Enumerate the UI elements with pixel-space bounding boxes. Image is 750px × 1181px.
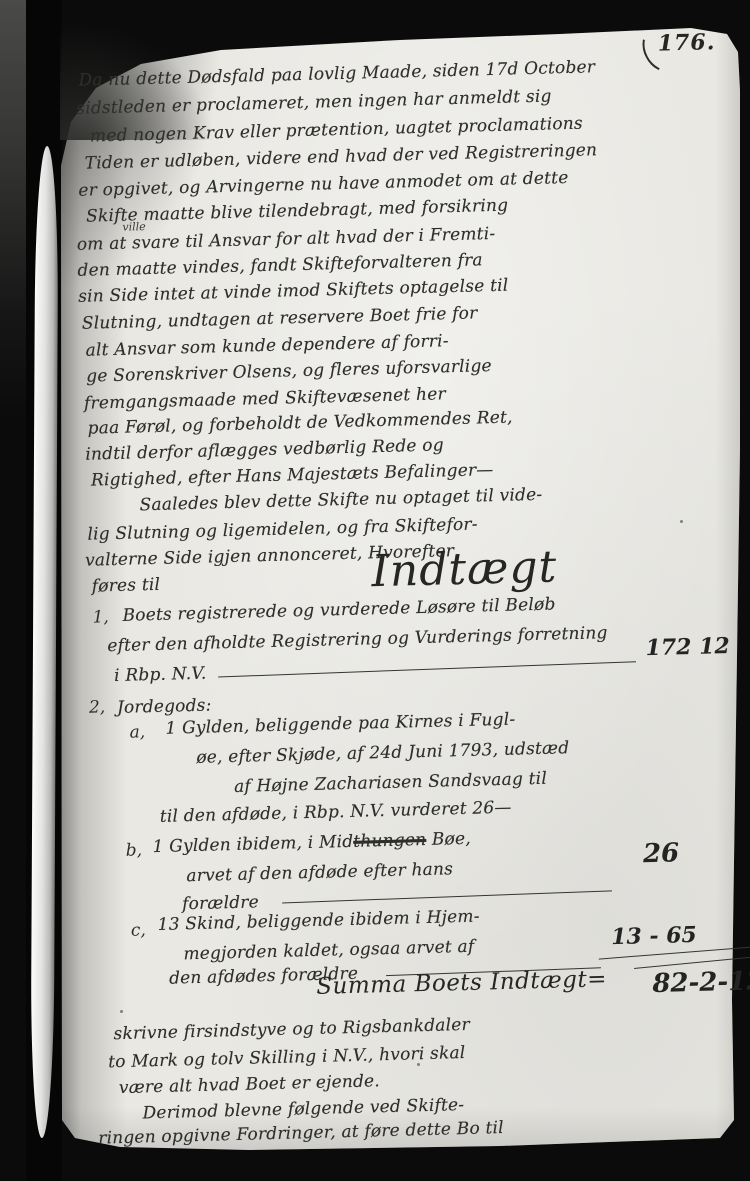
- paper-speck: [120, 1010, 123, 1013]
- manuscript-line: 1 Gylden, beliggende paa Kirnes i Fugl-: [165, 711, 515, 739]
- manuscript-line: lig Slutning og ligemidelen, og fra Skif…: [87, 515, 478, 544]
- manuscript-line: fremgangsmaade med Skiftevæsenet her: [84, 385, 446, 413]
- scanned-book-photo: { "colors": { "background": "#0b0b0b", "…: [0, 0, 750, 1181]
- struck-word: thungen: [353, 830, 426, 852]
- item-marker: 1,: [92, 609, 109, 626]
- manuscript-line: sidstleden er proclameret, men ingen har…: [76, 87, 552, 118]
- inserted-word: ville: [122, 221, 146, 233]
- manuscript-line: indtil derfor aflægges vedbørlig Rede og: [85, 436, 444, 464]
- manuscript-line: paa Førøl, og forbeholdt de Vedkommendes…: [87, 409, 512, 439]
- manuscript-line: alt Ansvar som kunde dependere af forri-: [85, 332, 449, 360]
- manuscript-line: føres til: [92, 576, 161, 596]
- manuscript-line: Skifte maatte blive tilendebragt, med fo…: [86, 197, 509, 227]
- manuscript-line: den maatte vindes, fandt Skifteforvalter…: [77, 251, 483, 280]
- line-text: Bøe,: [426, 829, 471, 850]
- manuscript-line: ge Sorenskriver Olsens, og fleres uforsv…: [86, 357, 492, 386]
- summa-amount: 82-2-12: [652, 968, 750, 997]
- manuscript-line: 1 Gylden ibidem, i Midthungen Bøe,: [152, 830, 471, 857]
- paper-speck: [680, 520, 683, 523]
- line-text: 1 Gylden ibidem, i Mid: [152, 832, 353, 857]
- manuscript-line: Derimod blevne følgende ved Skifte-: [142, 1096, 464, 1123]
- item-marker: a,: [129, 724, 145, 741]
- manuscript-line: to Mark og tolv Skilling i N.V., hvori s…: [108, 1044, 466, 1072]
- page-number: 176.: [657, 31, 715, 55]
- manuscript-line: Slutning, undtagen at reservere Boet fri…: [82, 304, 478, 333]
- manuscript-line: arvet af den afdøde efter hans: [186, 860, 453, 886]
- summa-label: Summa Boets Indtægt=: [316, 968, 607, 999]
- manuscript-line: Da nu dette Dødsfald paa lovlig Maade, s…: [78, 58, 595, 90]
- amount-value: 26: [643, 840, 680, 867]
- manuscript-line: Boets registrerede og vurderede Løsøre t…: [122, 595, 555, 625]
- manuscript-line: sin Side intet at vinde imod Skiftets op…: [78, 277, 509, 307]
- paper-speck: [417, 1063, 420, 1066]
- manuscript-line: være alt hvad Boet er ejende.: [119, 1072, 380, 1098]
- manuscript-line: med nogen Krav eller prætention, uagtet …: [90, 115, 583, 147]
- manuscript-line: af Højne Zachariasen Sandsvaag til: [234, 770, 547, 797]
- leader-line: [282, 890, 612, 903]
- item-marker: c,: [131, 922, 146, 939]
- income-section-heading: Indtægt: [371, 545, 558, 594]
- manuscript-line: ringen opgivne Fordringer, at føre dette…: [98, 1119, 504, 1148]
- item-marker: 2,: [89, 699, 106, 716]
- handwriting-layer: 176. Da nu dette Dødsfald paa lovlig Maa…: [70, 43, 750, 1160]
- amount-value: 172 12: [645, 635, 730, 659]
- subsection-label: Jordegods:: [117, 697, 212, 718]
- manuscript-line: megjorden kaldet, ogsaa arvet af: [183, 938, 474, 964]
- manuscript-line: skrivne firsindstyve og to Rigsbankdaler: [113, 1016, 470, 1044]
- leader-line: [218, 661, 636, 677]
- manuscript-line: øe, efter Skjøde, af 24d Juni 1793, udst…: [196, 739, 569, 767]
- manuscript-line: Saaledes blev dette Skifte nu optaget ti…: [139, 486, 542, 515]
- manuscript-line: til den afdøde, i Rbp. N.V. vurderet 26—: [160, 799, 512, 827]
- manuscript-line: efter den afholdte Registrering og Vurde…: [107, 624, 608, 656]
- amount-value: 13 - 65: [611, 924, 697, 948]
- manuscript-line: i Rbp. N.V.: [114, 665, 207, 686]
- item-marker: b,: [126, 842, 143, 859]
- manuscript-line: forældre: [182, 893, 259, 914]
- manuscript-line: Rigtighed, efter Hans Majestæts Befaling…: [91, 461, 494, 490]
